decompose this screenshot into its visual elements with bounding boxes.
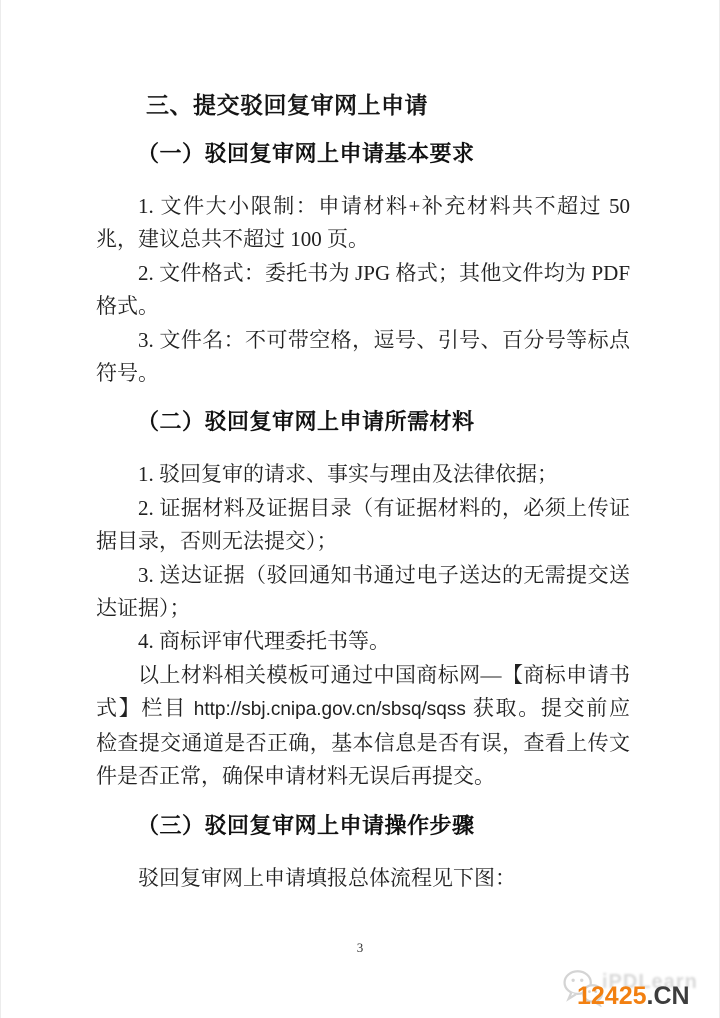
- section-heading-3: （三）驳回复审网上申请操作步骤: [96, 809, 630, 842]
- section-heading-2: （二）驳回复审网上申请所需材料: [96, 405, 630, 438]
- paragraph: 1. 文件大小限制：申请材料+补充材料共不超过 50 兆，建议总共不超过 100…: [96, 190, 630, 257]
- paragraph: 驳回复审网上申请填报总体流程见下图：: [96, 862, 630, 895]
- page-title: 三、提交驳回复审网上申请: [96, 88, 630, 122]
- section-heading-1: （一）驳回复审网上申请基本要求: [96, 137, 630, 170]
- watermark-brand-line: 12425.CN: [577, 983, 690, 1009]
- paragraph: 1. 驳回复审的请求、事实与理由及法律依据；: [96, 458, 630, 491]
- page-number: 3: [1, 940, 719, 956]
- paragraph: 3. 送达证据（驳回通知书通过电子送达的无需提交送达证据）；: [96, 559, 630, 626]
- paragraph: 2. 证据材料及证据目录（有证据材料的，必须上传证据目录，否则无法提交）；: [96, 492, 630, 559]
- document-page: 三、提交驳回复审网上申请 （一）驳回复审网上申请基本要求 1. 文件大小限制：申…: [0, 0, 720, 1018]
- watermark-suffix: .CN: [647, 982, 690, 1010]
- watermark-brand: 12425: [577, 982, 647, 1010]
- document-content: 三、提交驳回复审网上申请 （一）驳回复审网上申请基本要求 1. 文件大小限制：申…: [96, 88, 630, 895]
- watermark: iPDLearn 12425.CN: [554, 963, 714, 1015]
- paragraph: 2. 文件格式：委托书为 JPG 格式；其他文件均为 PDF 格式。: [96, 257, 630, 324]
- paragraph-template-note: 以上材料相关模板可通过中国商标网—【商标申请书式】栏目 http://sbj.c…: [96, 659, 630, 794]
- paragraph: 4. 商标评审代理委托书等。: [96, 625, 630, 658]
- paragraph: 3. 文件名：不可带空格，逗号、引号、百分号等标点符号。: [96, 324, 630, 391]
- url-text: http://sbj.cnipa.gov.cn/sbsq/sqss: [194, 699, 466, 720]
